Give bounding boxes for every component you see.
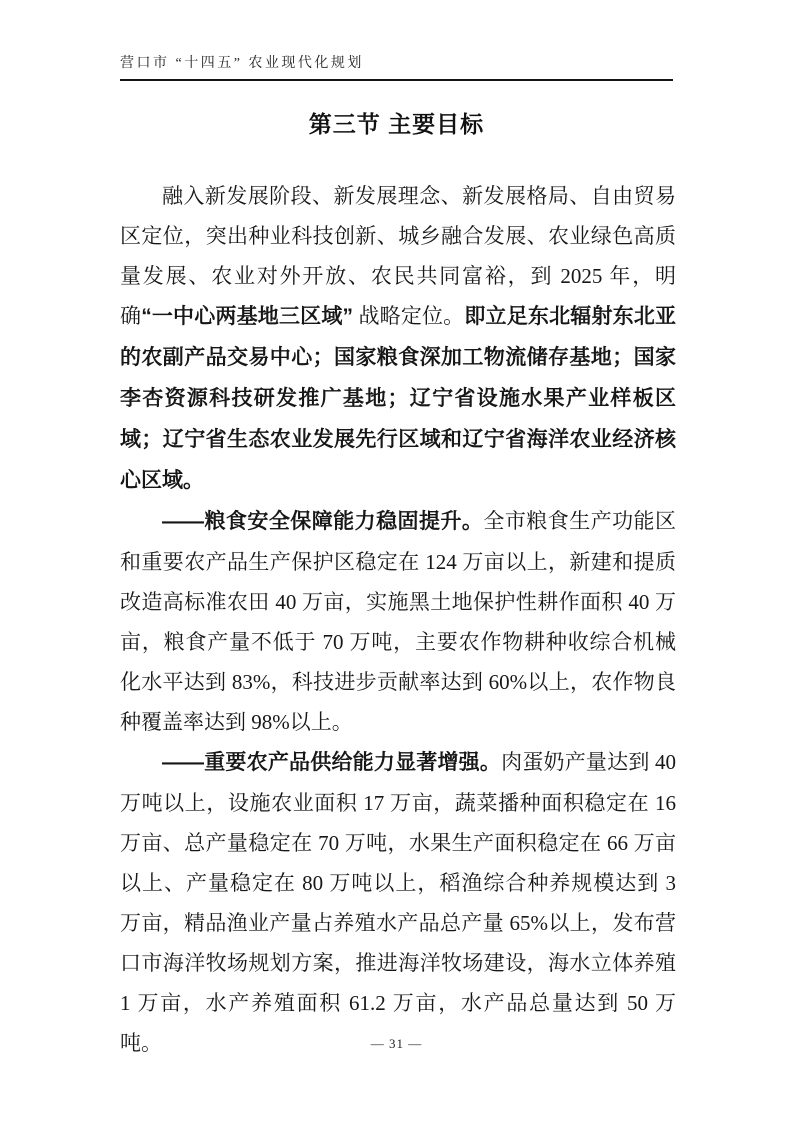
emphasis-run: 即立足东北辐射东北亚的农副产品交易中心；国家粮食深加工物流储存基地；国家李杏资源… bbox=[120, 305, 676, 492]
emphasis-run: ——重要农产品供给能力显著增强。 bbox=[162, 751, 501, 774]
document-body: 融入新发展阶段、新发展理念、新发展格局、自由贸易区定位，突出种业科技创新、城乡融… bbox=[120, 176, 676, 1063]
emphasis-run: “一中心两基地三区域” bbox=[141, 305, 353, 328]
text-run: 肉蛋奶产量达到 40 万吨以上，设施农业面积 17 万亩，蔬菜播种面积稳定在 1… bbox=[120, 750, 676, 1055]
running-title: 营口市 “十四五” 农业现代化规划 bbox=[120, 56, 364, 71]
page-footer: — 31 — bbox=[0, 1036, 793, 1052]
paragraph: ——粮食安全保障能力稳固提升。全市粮食生产功能区和重要农产品生产保护区稳定在 1… bbox=[120, 501, 676, 742]
text-run: 战略定位。 bbox=[353, 304, 464, 328]
section-title: 第三节 主要目标 bbox=[120, 106, 673, 139]
paragraph: 融入新发展阶段、新发展理念、新发展格局、自由贸易区定位，突出种业科技创新、城乡融… bbox=[120, 176, 676, 501]
page-header: 营口市 “十四五” 农业现代化规划 bbox=[120, 52, 673, 81]
text-run: 全市粮食生产功能区和重要农产品生产保护区稳定在 124 万亩以上，新建和提质改造… bbox=[120, 509, 676, 734]
emphasis-run: ——粮食安全保障能力稳固提升。 bbox=[162, 510, 483, 533]
document-page: 营口市 “十四五” 农业现代化规划 第三节 主要目标 融入新发展阶段、新发展理念… bbox=[0, 0, 793, 1122]
page-number: — 31 — bbox=[371, 1036, 423, 1051]
paragraph: ——重要农产品供给能力显著增强。肉蛋奶产量达到 40 万吨以上，设施农业面积 1… bbox=[120, 742, 676, 1063]
